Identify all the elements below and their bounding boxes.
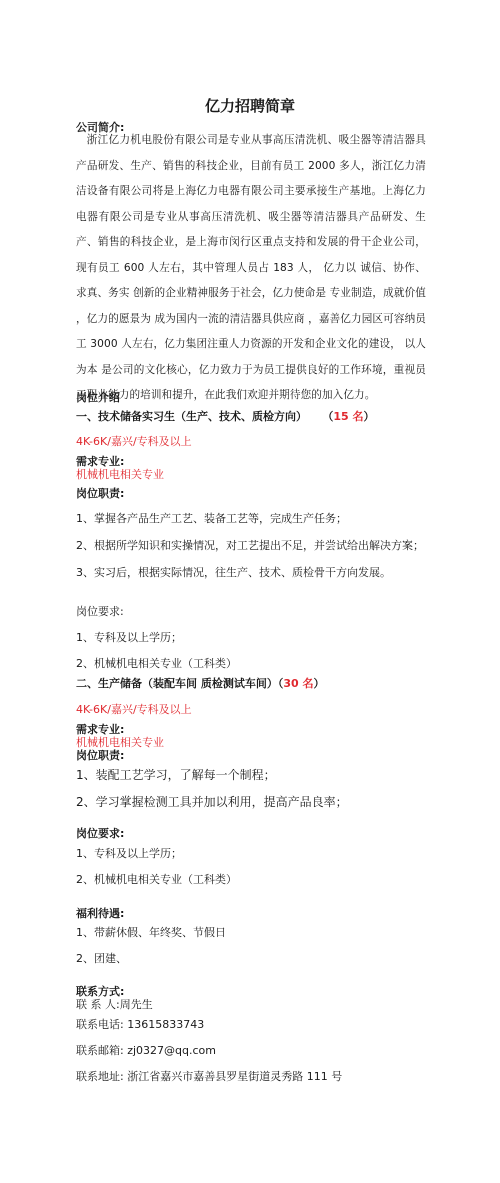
benefits-label: 福利待遇:	[76, 907, 124, 921]
position-2-duty: 1、装配工艺学习，了解每一个制程；	[76, 768, 276, 782]
contact-address: 联系地址: 浙江省嘉兴市嘉善县罗星街道灵秀路 111 号	[76, 1070, 342, 1084]
position-2-major-label: 需求专业:	[76, 723, 124, 737]
position-1-requirements-label: 岗位要求:	[76, 605, 124, 619]
position-title-text: 二、生产储备（装配车间 质检测试车间）	[76, 677, 278, 690]
contact-phone-value[interactable]: 13615833743	[127, 1018, 204, 1031]
position-count: 15 名	[333, 410, 363, 423]
position-2-duty: 2、学习掌握检测工具并加以利用，提高产品良率；	[76, 795, 348, 809]
contact-email-value[interactable]: zj0327@qq.com	[127, 1044, 216, 1057]
position-2-requirements-label: 岗位要求:	[76, 827, 124, 841]
position-1-salary: 4K-6K/嘉兴/专科及以上	[76, 435, 192, 449]
position-1-duties-label: 岗位职责:	[76, 487, 124, 501]
contact-address-label: 联系地址:	[76, 1070, 124, 1083]
position-1-duty: 1、掌握各产品生产工艺、装备工艺等，完成生产任务；	[76, 512, 347, 526]
position-1-major: 机械机电相关专业	[76, 468, 164, 482]
position-1-duty: 2、根据所学知识和实操情况，对工艺提出不足，并尝试给出解决方案；	[76, 539, 424, 553]
contact-label: 联系方式:	[76, 985, 124, 999]
contact-phone-label: 联系电话:	[76, 1018, 124, 1031]
position-2-requirement: 1、专科及以上学历；	[76, 847, 182, 861]
position-title-text: 一、技术储备实习生（生产、技术、质检方向）	[76, 410, 307, 423]
position-count: 30 名	[283, 677, 313, 690]
position-2-title: 二、生产储备（装配车间 质检测试车间）（30 名）	[76, 677, 324, 691]
contact-address-value: 浙江省嘉兴市嘉善县罗星街道灵秀路 111 号	[127, 1070, 342, 1083]
contact-email: 联系邮箱: zj0327@qq.com	[76, 1044, 216, 1058]
position-2-requirement: 2、机械机电相关专业（工科类）	[76, 873, 237, 887]
contact-person-label: 联 系 人:	[76, 998, 120, 1011]
position-2-major: 机械机电相关专业	[76, 736, 164, 750]
contact-person: 联 系 人:周先生	[76, 998, 153, 1012]
page-title: 亿力招聘简章	[0, 96, 500, 116]
positions-heading: 岗位介绍	[76, 391, 120, 405]
benefit-item: 1、带薪休假、年终奖、节假日	[76, 926, 226, 940]
contact-phone: 联系电话: 13615833743	[76, 1018, 204, 1032]
position-1-duty: 3、实习后，根据实际情况，往生产、技术、质检骨干方向发展。	[76, 566, 391, 580]
contact-email-label: 联系邮箱:	[76, 1044, 124, 1057]
benefit-item: 2、团建、	[76, 952, 127, 966]
position-1-requirement: 1、专科及以上学历；	[76, 631, 182, 645]
position-1-title: 一、技术储备实习生（生产、技术、质检方向） （15 名）	[76, 410, 374, 424]
position-1-major-label: 需求专业:	[76, 455, 124, 469]
position-1-requirement: 2、机械机电相关专业（工科类）	[76, 657, 237, 671]
position-2-duties-label: 岗位职责:	[76, 749, 124, 763]
position-2-salary: 4K-6K/嘉兴/专科及以上	[76, 703, 192, 717]
contact-person-value: 周先生	[120, 998, 153, 1011]
company-intro: 浙江亿力机电股份有限公司是专业从事高压清洗机、吸尘器等清洁器具产品研发、生产、销…	[76, 128, 426, 409]
